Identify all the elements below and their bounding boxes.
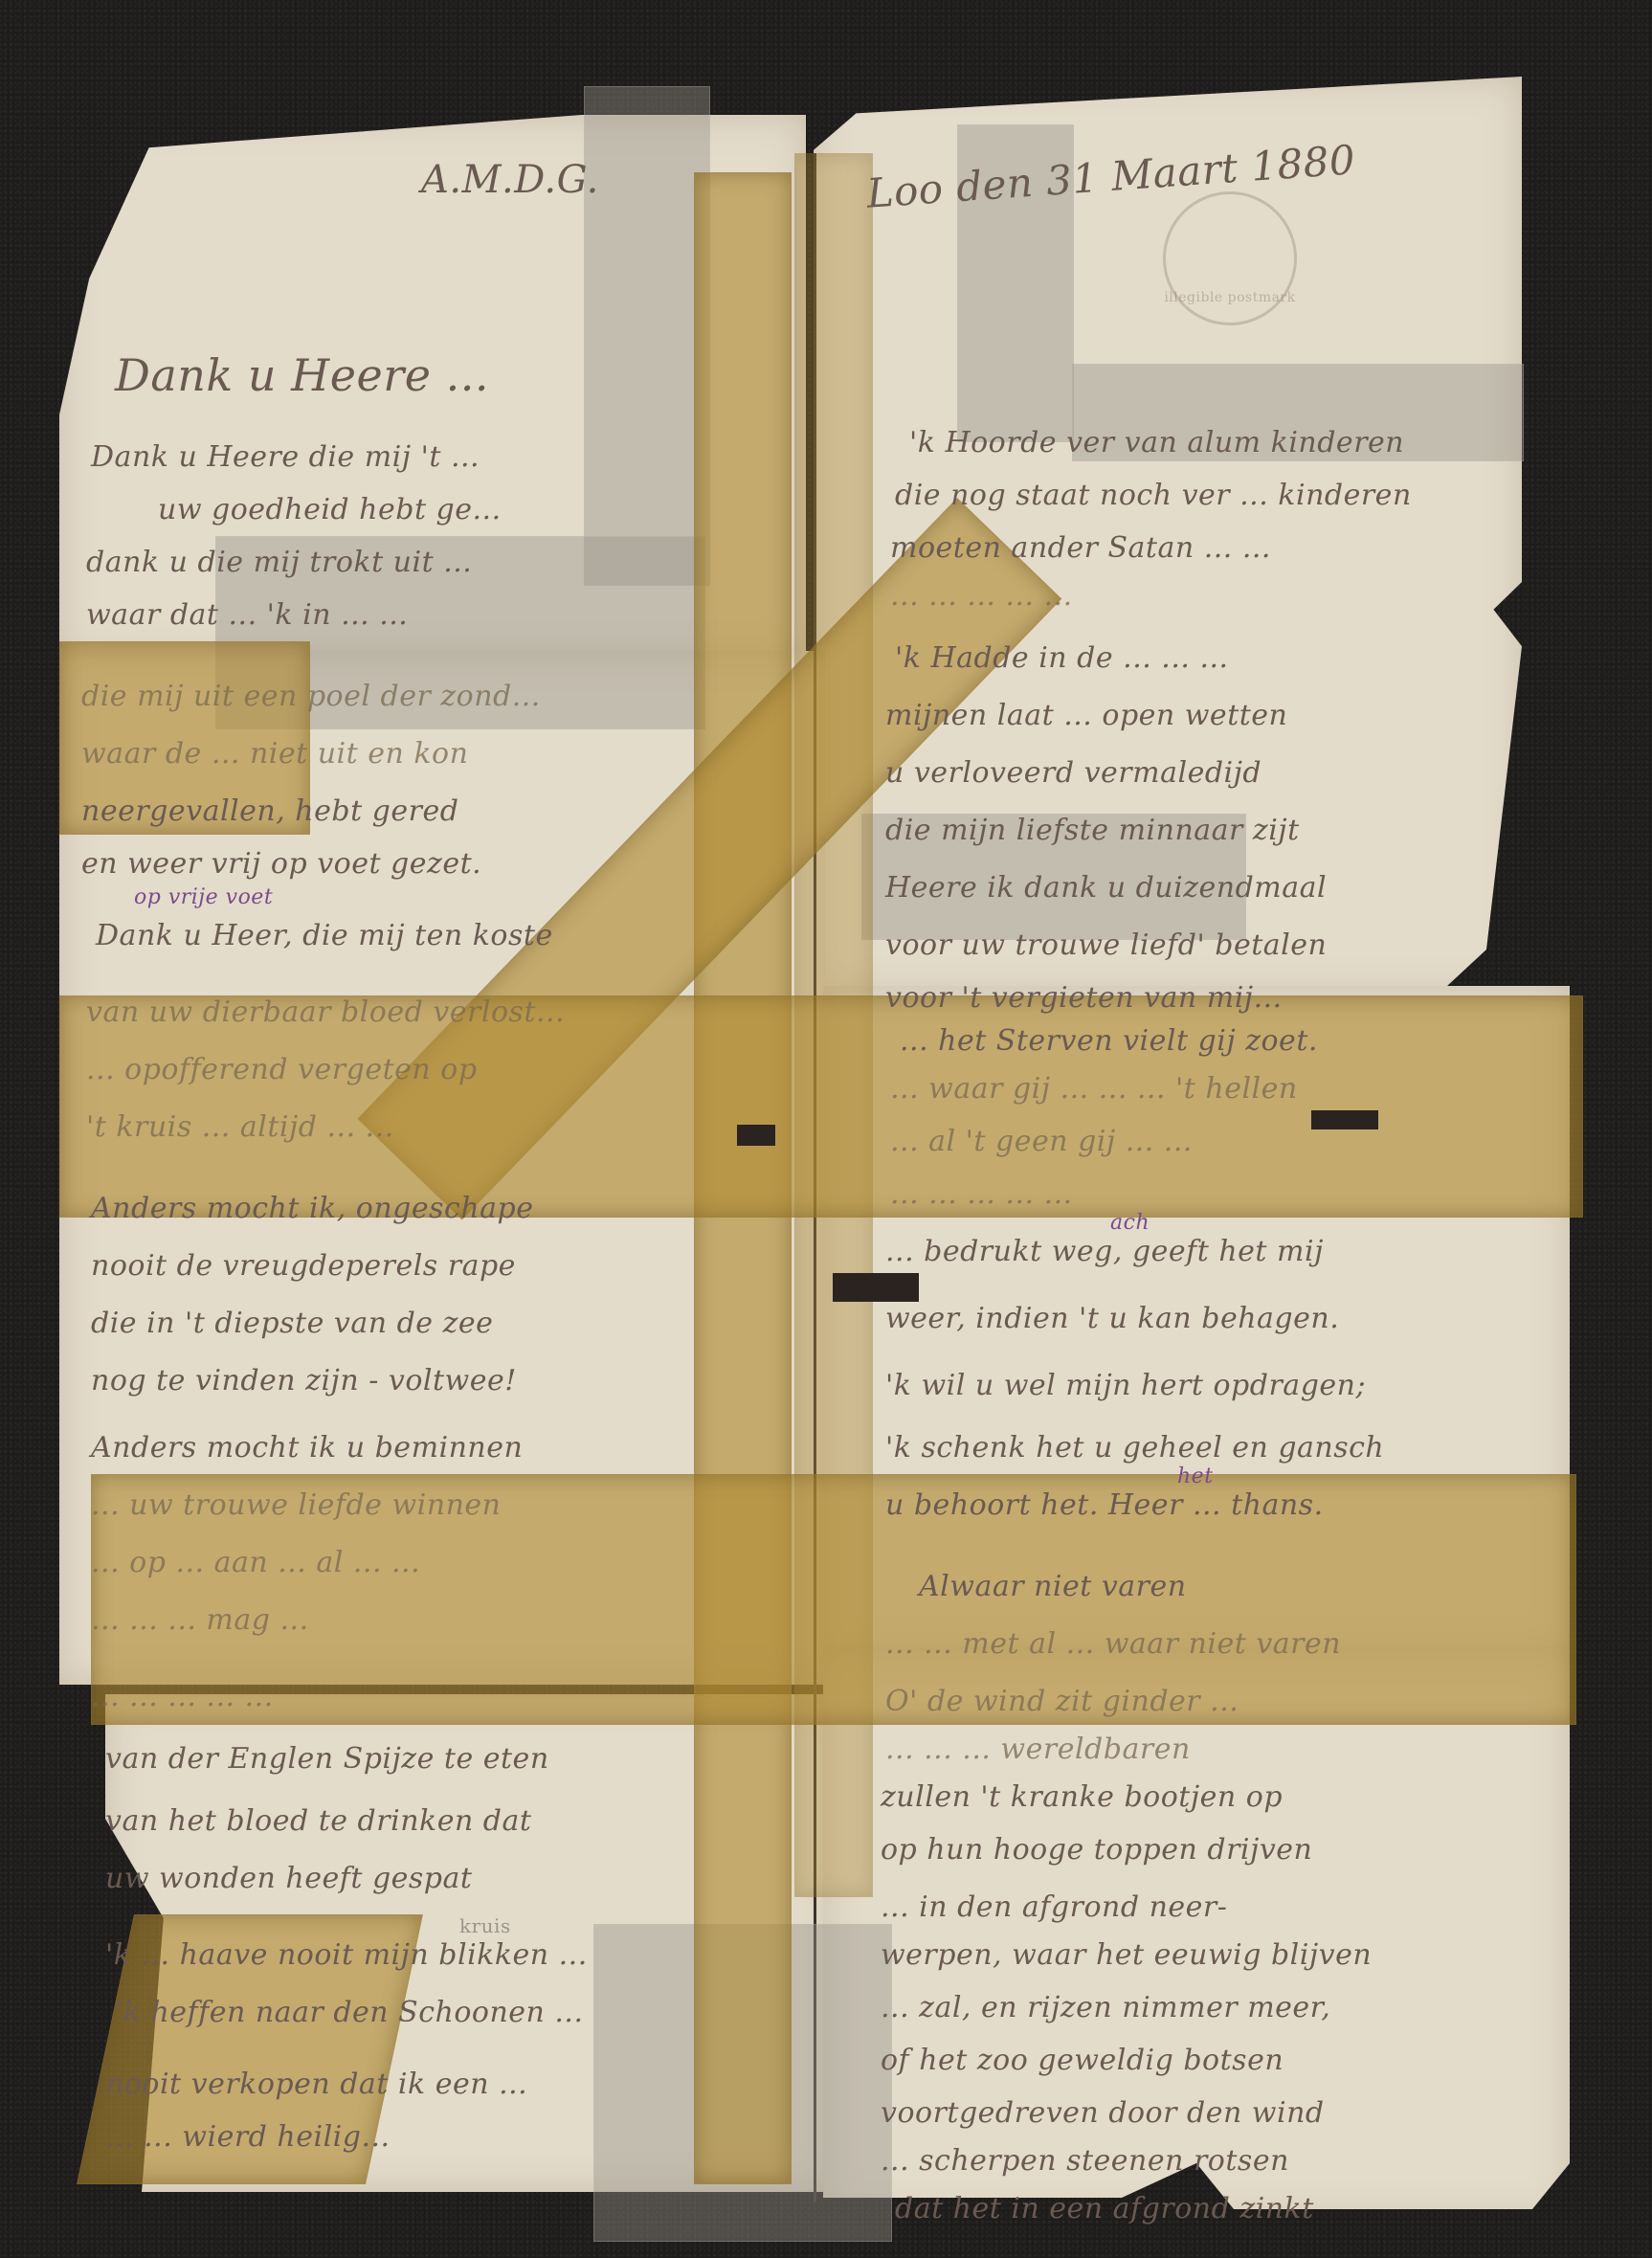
- right-line: of het zoo geweldig botsen: [881, 2044, 1284, 2077]
- right-line: 'k wil u wel mijn hert opdragen;: [885, 1369, 1366, 1402]
- left-line: waar dat ... 'k in ... ...: [86, 598, 408, 632]
- left-line: 't kruis ... altijd ... ...: [86, 1110, 394, 1144]
- right-line: ... ... met al ... waar niet varen: [885, 1627, 1341, 1661]
- right-line: ... in den afgrond neer-: [881, 1890, 1227, 1924]
- left-line: Anders mocht ik u beminnen: [91, 1431, 523, 1464]
- letter-title: Dank u Heere ...: [115, 349, 489, 401]
- right-line: ... scherpen steenen rotsen: [881, 2144, 1289, 2178]
- left-line: dank u die mij trokt uit ...: [86, 546, 472, 579]
- left-line: ... ... wierd heilig...: [105, 2120, 391, 2154]
- right-line: werpen, waar het eeuwig blijven: [881, 1938, 1372, 1972]
- hole-left-tape: [737, 1125, 775, 1146]
- right-line: ... het Sterven vielt gij zoet.: [900, 1024, 1318, 1058]
- right-line: ... al 't geen gij ... ...: [890, 1125, 1193, 1158]
- left-line: nog te vinden zijn - voltwee!: [91, 1364, 517, 1397]
- left-line: van der Englen Spijze te eten: [105, 1742, 549, 1776]
- hole-right: [1311, 1110, 1378, 1129]
- right-line: 'k Hadde in de ... ... ...: [895, 641, 1229, 675]
- right-line: Heere ik dank u duizendmaal: [885, 871, 1327, 905]
- left-line: van het bloed te drinken dat: [105, 1804, 531, 1838]
- left-line: ... uw trouwe liefde winnen: [91, 1488, 501, 1522]
- right-line: ... ... ... wereldbaren: [885, 1733, 1191, 1766]
- violet-correction-left: op vrije voet: [134, 885, 273, 909]
- left-line: van uw dierbaar bloed verlost...: [86, 995, 565, 1029]
- left-line: uw wonden heeft gespat: [105, 1862, 472, 1895]
- right-line: 'k Hoorde ver van alum kinderen: [909, 426, 1404, 459]
- right-line: weer, indien 't u kan behagen.: [885, 1302, 1339, 1335]
- pencil-note: kruis: [459, 1914, 511, 1937]
- right-line: voor 't vergieten van mij...: [885, 981, 1283, 1015]
- left-line: Dank u Heer, die mij ten koste: [96, 919, 553, 952]
- left-line: 'k heffen naar den Schoonen ...: [115, 1996, 583, 2029]
- left-line: ... op ... aan ... al ... ...: [91, 1546, 420, 1579]
- tape-clear-top-left: [584, 86, 710, 586]
- left-line: Anders mocht ik, ongeschape: [91, 1192, 534, 1225]
- right-line: die nog staat noch ver ... kinderen: [895, 479, 1412, 512]
- right-line: dat het in een afgrond zinkt: [895, 2192, 1314, 2225]
- left-line: die mij uit een poel der zond...: [81, 680, 541, 713]
- hole-center: [833, 1273, 919, 1302]
- right-line: ... ... ... ... ...: [890, 1177, 1073, 1211]
- right-line: moeten ander Satan ... ...: [890, 531, 1271, 565]
- left-line: die in 't diepste van de zee: [91, 1307, 493, 1340]
- right-line: die mijn liefste minnaar zijt: [885, 814, 1300, 847]
- right-line: 'k schenk het u geheel en gansch: [885, 1431, 1384, 1464]
- left-line: en weer vrij op voet gezet.: [81, 847, 481, 881]
- right-line: ... ... ... ... ...: [890, 579, 1073, 613]
- right-line: mijnen laat ... open wetten: [885, 699, 1287, 732]
- violet-correction-ach: ach: [1110, 1211, 1150, 1235]
- invocation-header: A.M.D.G.: [421, 158, 599, 202]
- violet-correction-het: het: [1177, 1464, 1214, 1488]
- left-line: ... ... ... mag ...: [91, 1603, 309, 1637]
- left-line: nooit verkopen dat ik een ...: [105, 2068, 527, 2101]
- right-line: u behoort het. Heer ... thans.: [885, 1488, 1324, 1522]
- left-line: ... opofferend vergeten op: [86, 1053, 478, 1086]
- postmark-stamp: illegible postmark: [1163, 191, 1297, 325]
- right-line: u verloveerd vermaledijd: [885, 756, 1261, 790]
- left-line: ... ... ... ... ...: [91, 1680, 274, 1713]
- right-line: voor uw trouwe liefd' betalen: [885, 928, 1327, 962]
- left-line: neergevallen, hebt gered: [81, 794, 458, 828]
- right-line: op hun hooge toppen drijven: [881, 1833, 1312, 1867]
- right-line: ... zal, en rijzen nimmer meer,: [881, 1991, 1330, 2024]
- right-line: voortgedreven door den wind: [881, 2096, 1325, 2130]
- left-line: Dank u Heere die mij 't ...: [91, 440, 480, 474]
- right-line: ... bedrukt weg, geeft het mij: [885, 1235, 1324, 1268]
- left-line: 'k ... haave nooit mijn blikken ...: [105, 1938, 588, 1972]
- right-line: O' de wind zit ginder ...: [885, 1685, 1239, 1718]
- right-line: Alwaar niet varen: [919, 1570, 1187, 1603]
- left-line: waar de ... niet uit en kon: [81, 737, 468, 771]
- right-line: ... waar gij ... ... ... 't hellen: [890, 1072, 1298, 1106]
- left-line: uw goedheid hebt ge...: [158, 493, 502, 526]
- left-line: nooit de vreugdeperels rape: [91, 1249, 516, 1283]
- right-line: zullen 't kranke bootjen op: [881, 1780, 1283, 1814]
